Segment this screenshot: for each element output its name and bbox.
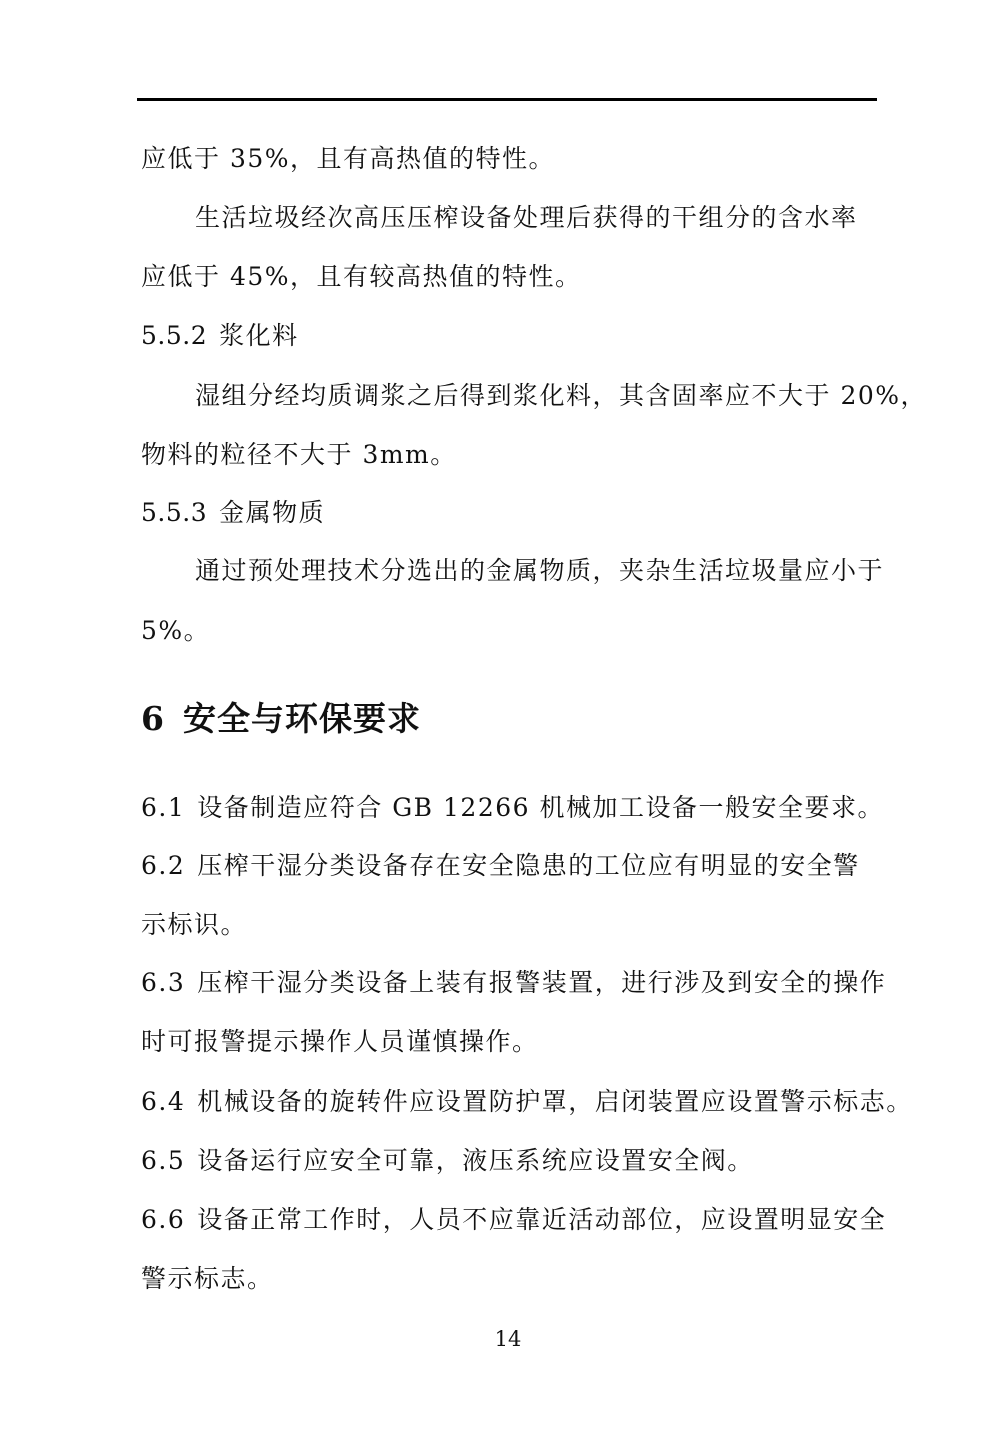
clause-6-2: 6.2压榨干湿分类设备存在安全隐患的工位应有明显的安全警 xyxy=(141,851,860,881)
clause-text: 机械设备的旋转件应设置防护罩，启闭装置应设置警示标志。 xyxy=(197,1087,913,1116)
header-rule xyxy=(137,98,877,101)
document-page: 应低于 35%，且有高热值的特性。 生活垃圾经次高压压榨设备处理后获得的干组分的… xyxy=(0,0,1000,1449)
clause-continuation: 时可报警提示操作人员谨慎操作。 xyxy=(141,1027,539,1057)
clause-6-3: 6.3压榨干湿分类设备上装有报警装置，进行涉及到安全的操作 xyxy=(141,968,886,998)
clause-text: 设备正常工作时，人员不应靠近活动部位，应设置明显安全 xyxy=(197,1205,886,1234)
clause-6-6: 6.6设备正常工作时，人员不应靠近活动部位，应设置明显安全 xyxy=(141,1205,886,1235)
section-heading-5-5-2: 5.5.2浆化料 xyxy=(141,321,299,351)
clause-number: 6.2 xyxy=(141,851,185,880)
clause-6-5: 6.5设备运行应安全可靠，液压系统应设置安全阀。 xyxy=(141,1146,754,1176)
paragraph-line: 物料的粒径不大于 3mm。 xyxy=(141,440,457,470)
paragraph-line: 5%。 xyxy=(141,616,210,646)
clause-number: 6.1 xyxy=(141,793,185,822)
section-heading-5-5-3: 5.5.3金属物质 xyxy=(141,498,325,528)
page-number: 14 xyxy=(0,1326,1000,1352)
chapter-number: 6 xyxy=(141,699,165,738)
clause-text: 设备运行应安全可靠，液压系统应设置安全阀。 xyxy=(197,1146,754,1175)
clause-6-4: 6.4机械设备的旋转件应设置防护罩，启闭装置应设置警示标志。 xyxy=(141,1087,913,1117)
paragraph-line: 应低于 45%，且有较高热值的特性。 xyxy=(141,262,582,292)
section-title: 金属物质 xyxy=(219,498,325,527)
clause-number: 6.5 xyxy=(141,1146,185,1175)
chapter-title: 安全与环保要求 xyxy=(183,699,421,738)
chapter-heading-6: 6安全与环保要求 xyxy=(141,697,421,741)
clause-text: 压榨干湿分类设备上装有报警装置，进行涉及到安全的操作 xyxy=(197,968,886,997)
section-number: 5.5.2 xyxy=(141,321,207,350)
section-title: 浆化料 xyxy=(219,321,299,350)
clause-continuation: 警示标志。 xyxy=(141,1264,274,1294)
clause-text: 压榨干湿分类设备存在安全隐患的工位应有明显的安全警 xyxy=(197,851,860,880)
paragraph-line: 应低于 35%，且有高热值的特性。 xyxy=(141,144,555,174)
section-number: 5.5.3 xyxy=(141,498,207,527)
clause-number: 6.6 xyxy=(141,1205,185,1234)
clause-number: 6.3 xyxy=(141,968,185,997)
clause-number: 6.4 xyxy=(141,1087,185,1116)
paragraph-line: 生活垃圾经次高压压榨设备处理后获得的干组分的含水率 xyxy=(195,203,858,233)
paragraph-line: 通过预处理技术分选出的金属物质，夹杂生活垃圾量应小于 xyxy=(195,556,884,586)
paragraph-line: 湿组分经均质调浆之后得到浆化料，其含固率应不大于 20%， xyxy=(195,381,927,411)
clause-6-1: 6.1设备制造应符合 GB 12266 机械加工设备一般安全要求。 xyxy=(141,793,884,823)
clause-continuation: 示标识。 xyxy=(141,910,247,940)
clause-text: 设备制造应符合 GB 12266 机械加工设备一般安全要求。 xyxy=(197,793,884,822)
